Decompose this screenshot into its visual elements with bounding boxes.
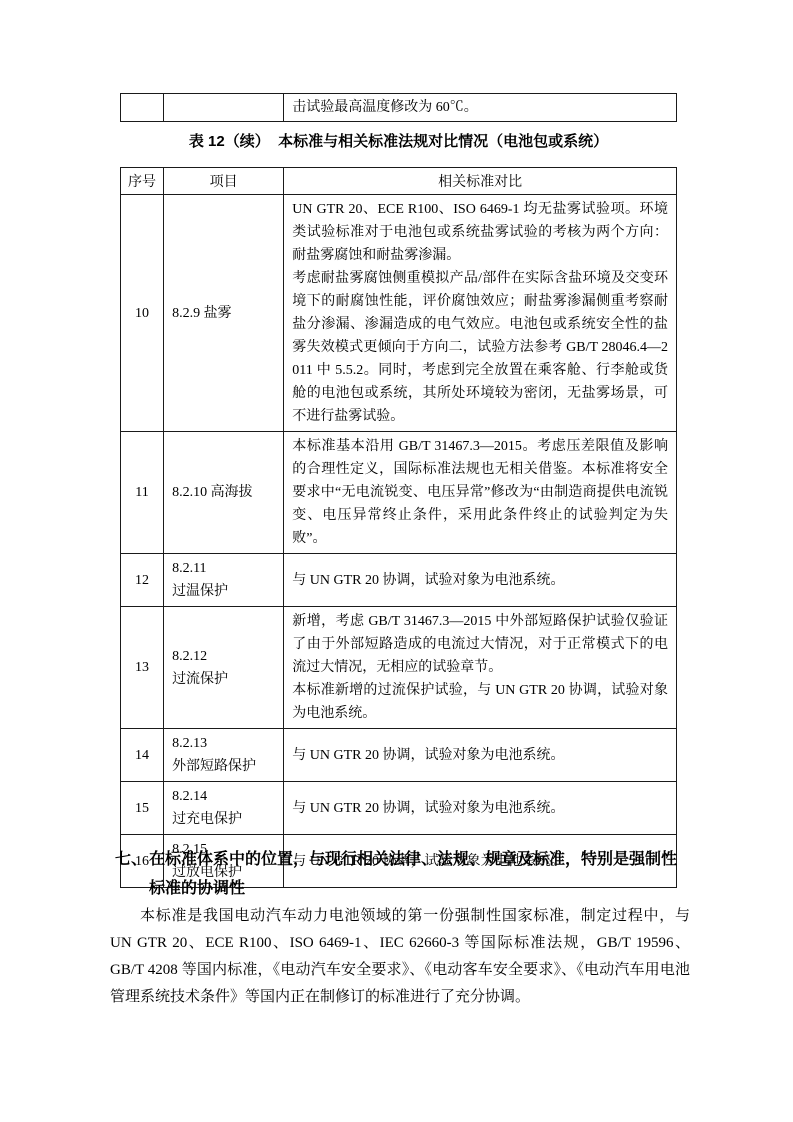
row-content-paragraph: 考虑耐盐雾腐蚀侧重模拟产品/部件在实际含盐环境及交变环境下的耐腐蚀性能，评价腐蚀… — [292, 267, 668, 428]
prev-table-fragment: 击试验最高温度修改为 60℃。 — [120, 93, 677, 122]
row-item: 8.2.9 盐雾 — [164, 195, 284, 432]
row-content: 本标准基本沿用 GB/T 31467.3—2015。考虑压差限值及影响的合理性定… — [284, 432, 677, 554]
table-row: 12 8.2.11 过温保护 与 UN GTR 20 协调，试验对象为电池系统。 — [121, 554, 677, 607]
table-row: 10 8.2.9 盐雾 UN GTR 20、ECE R100、ISO 6469-… — [121, 195, 677, 432]
col-header-comparison: 相关标准对比 — [284, 168, 677, 195]
row-content-paragraph: 与 UN GTR 20 协调，试验对象为电池系统。 — [292, 569, 668, 592]
document-page: 击试验最高温度修改为 60℃。 表 12（续） 本标准与相关标准法规对比情况（电… — [0, 0, 793, 1122]
row-item-line: 过充电保护 — [172, 808, 275, 831]
table-row: 15 8.2.14 过充电保护 与 UN GTR 20 协调，试验对象为电池系统… — [121, 782, 677, 835]
fragment-cell-content: 击试验最高温度修改为 60℃。 — [284, 94, 677, 122]
row-item: 8.2.13 外部短路保护 — [164, 729, 284, 782]
row-item-line: 8.2.9 盐雾 — [172, 302, 275, 325]
row-content: 新增，考虑 GB/T 31467.3—2015 中外部短路保护试验仅验证了由于外… — [284, 607, 677, 729]
col-header-no: 序号 — [121, 168, 164, 195]
row-number: 13 — [121, 607, 164, 729]
row-content-paragraph: 新增，考虑 GB/T 31467.3—2015 中外部短路保护试验仅验证了由于外… — [292, 610, 668, 679]
section-number: 七、 — [115, 845, 149, 903]
table-row: 11 8.2.10 高海拔 本标准基本沿用 GB/T 31467.3—2015。… — [121, 432, 677, 554]
row-content: UN GTR 20、ECE R100、ISO 6469-1 均无盐雾试验项。环境… — [284, 195, 677, 432]
row-content-paragraph: 与 UN GTR 20 协调，试验对象为电池系统。 — [292, 744, 668, 767]
row-content: 与 UN GTR 20 协调，试验对象为电池系统。 — [284, 554, 677, 607]
row-content-paragraph: 与 UN GTR 20 协调，试验对象为电池系统。 — [292, 797, 668, 820]
section-heading: 七、 在标准体系中的位置，与现行相关法律、法规、规章及标准，特别是强制性标准的协… — [115, 845, 692, 903]
row-item-line: 8.2.12 — [172, 645, 275, 668]
fragment-cell-no — [121, 94, 164, 122]
row-item: 8.2.14 过充电保护 — [164, 782, 284, 835]
row-item-line: 过温保护 — [172, 580, 275, 603]
fragment-cell-item — [164, 94, 284, 122]
table-title: 表 12（续） 本标准与相关标准法规对比情况（电池包或系统） — [110, 130, 687, 151]
row-number: 15 — [121, 782, 164, 835]
table-row: 13 8.2.12 过流保护 新增，考虑 GB/T 31467.3—2015 中… — [121, 607, 677, 729]
row-content-paragraph: UN GTR 20、ECE R100、ISO 6469-1 均无盐雾试验项。环境… — [292, 198, 668, 267]
section-title: 在标准体系中的位置，与现行相关法律、法规、规章及标准，特别是强制性标准的协调性 — [149, 845, 692, 903]
row-item-line: 外部短路保护 — [172, 755, 275, 778]
row-number: 10 — [121, 195, 164, 432]
section-paragraph: 本标准是我国电动汽车动力电池领域的第一份强制性国家标准，制定过程中，与 UN G… — [110, 903, 690, 1011]
comparison-table: 序号 项目 相关标准对比 10 8.2.9 盐雾 UN GTR 20、ECE R… — [120, 167, 677, 888]
row-number: 11 — [121, 432, 164, 554]
row-number: 14 — [121, 729, 164, 782]
row-content-paragraph: 本标准基本沿用 GB/T 31467.3—2015。考虑压差限值及影响的合理性定… — [292, 435, 668, 550]
col-header-item: 项目 — [164, 168, 284, 195]
row-item-line: 过流保护 — [172, 668, 275, 691]
row-item: 8.2.11 过温保护 — [164, 554, 284, 607]
row-content: 与 UN GTR 20 协调，试验对象为电池系统。 — [284, 782, 677, 835]
table-row: 14 8.2.13 外部短路保护 与 UN GTR 20 协调，试验对象为电池系… — [121, 729, 677, 782]
row-item: 8.2.10 高海拔 — [164, 432, 284, 554]
row-item-line: 8.2.13 — [172, 732, 275, 755]
row-item: 8.2.12 过流保护 — [164, 607, 284, 729]
row-number: 12 — [121, 554, 164, 607]
table-header-row: 序号 项目 相关标准对比 — [121, 168, 677, 195]
row-content-paragraph: 本标准新增的过流保护试验，与 UN GTR 20 协调，试验对象为电池系统。 — [292, 679, 668, 725]
row-content: 与 UN GTR 20 协调，试验对象为电池系统。 — [284, 729, 677, 782]
row-item-line: 8.2.11 — [172, 557, 275, 580]
table-row: 击试验最高温度修改为 60℃。 — [121, 94, 677, 122]
row-item-line: 8.2.10 高海拔 — [172, 481, 275, 504]
row-item-line: 8.2.14 — [172, 785, 275, 808]
